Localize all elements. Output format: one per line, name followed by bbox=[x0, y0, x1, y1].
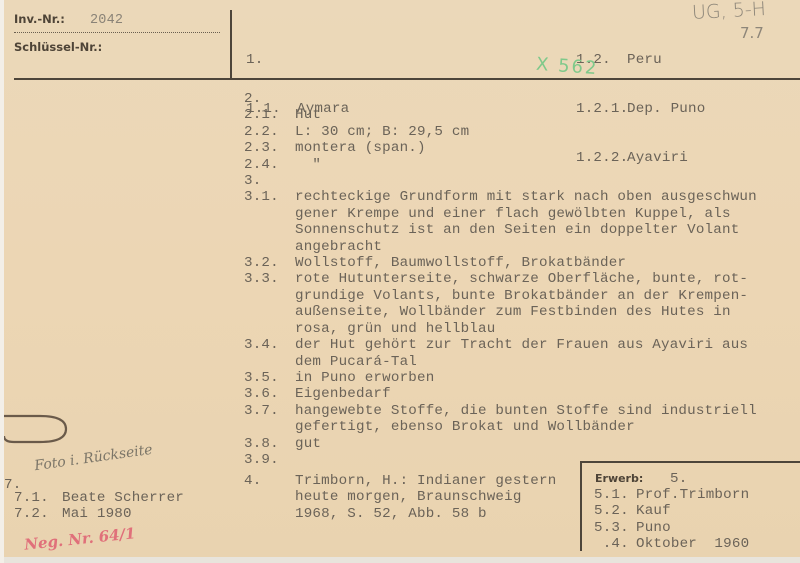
text-row: heute morgen, Braunschweig bbox=[244, 489, 556, 505]
row-number: 5.1. bbox=[594, 487, 636, 503]
row-number: 5.3. bbox=[594, 520, 636, 536]
text-row: 7.2.Mai 1980 bbox=[14, 506, 184, 522]
row-text: in Puno erworben bbox=[295, 370, 434, 386]
row-text: Wollstoff, Baumwollstoff, Brokatbänder bbox=[295, 255, 626, 271]
text-row: 2.1.Hut bbox=[244, 107, 757, 123]
acquisition-block: 5.1.Prof.Trimborn5.2.Kauf5.3.Puno .4.Okt… bbox=[594, 487, 749, 553]
row-text: der Hut gehört zur Tracht der Frauen aus… bbox=[295, 337, 748, 353]
text-row: 3.6.Eigenbedarf bbox=[244, 386, 757, 402]
text-row: 2.3.montera (span.) bbox=[244, 140, 757, 156]
text-row: außenseite, Wollbänder zum Festbinden de… bbox=[244, 304, 757, 320]
row-text: gener Krempe und einer flach gewölbten K… bbox=[295, 206, 731, 222]
row-text: Oktober 1960 bbox=[636, 536, 749, 552]
row-text: Sonnenschutz ist an den Seiten ein doppe… bbox=[295, 222, 739, 238]
row-text: hangewebte Stoffe, die bunten Stoffe sin… bbox=[295, 403, 757, 419]
text-row: 4.Trimborn, H.: Indianer gestern bbox=[244, 473, 556, 489]
description-block: 2.2.1.Hut2.2.L: 30 cm; B: 29,5 cm2.3.mon… bbox=[244, 91, 757, 468]
row-number: 3.7. bbox=[244, 403, 295, 419]
row-number: 2.4. bbox=[244, 157, 295, 173]
paper-clip-icon bbox=[0, 412, 72, 448]
text-row: 5.2.Kauf bbox=[594, 503, 749, 519]
text-row: 2.4. " bbox=[244, 157, 757, 173]
row-text: Eigenbedarf bbox=[295, 386, 391, 402]
text-row: dem Pucará-Tal bbox=[244, 354, 757, 370]
header-left-row: 1. bbox=[246, 52, 349, 68]
row-number: 5.2. bbox=[594, 503, 636, 519]
text-row: 3. bbox=[244, 173, 757, 189]
row-number: 3.8. bbox=[244, 436, 295, 452]
row-number: 3.1. bbox=[244, 189, 295, 205]
row-number: 7.1. bbox=[14, 490, 62, 506]
row-text: montera (span.) bbox=[295, 140, 426, 156]
row-text: gut bbox=[295, 436, 321, 452]
row-number: 3.6. bbox=[244, 386, 295, 402]
row-text: L: 30 cm; B: 29,5 cm bbox=[295, 124, 469, 140]
row-text: dem Pucará-Tal bbox=[295, 354, 417, 370]
row-number: 3.4. bbox=[244, 337, 295, 353]
text-row: 3.2.Wollstoff, Baumwollstoff, Brokatbänd… bbox=[244, 255, 757, 271]
catalog-card: Inv.-Nr.: 2042 Schlüssel-Nr.: 1. 1.1.Aym… bbox=[0, 0, 800, 557]
inventory-number-label: Inv.-Nr.: bbox=[14, 12, 65, 26]
row-number: 3.9. bbox=[244, 452, 295, 468]
acquisition-box-left bbox=[580, 461, 582, 551]
acquisition-label: Erwerb: bbox=[595, 472, 643, 485]
row-text: Puno bbox=[636, 520, 671, 536]
header-divider bbox=[230, 10, 232, 80]
text-row: gefertigt, ebenso Brokat und Wollbänder bbox=[244, 419, 757, 435]
text-row: 3.7.hangewebte Stoffe, die bunten Stoffe… bbox=[244, 403, 757, 419]
text-row: rosa, grün und hellblau bbox=[244, 321, 757, 337]
text-row: .4.Oktober 1960 bbox=[594, 536, 749, 552]
scan-background-strip bbox=[0, 557, 800, 563]
row-number: 3.3. bbox=[244, 271, 295, 287]
row-text: Hut bbox=[295, 107, 321, 123]
row-text: 1968, S. 52, Abb. 58 b bbox=[295, 506, 487, 522]
text-row: 1968, S. 52, Abb. 58 b bbox=[244, 506, 556, 522]
row-number: .4. bbox=[594, 536, 636, 552]
acquisition-head: 5. bbox=[670, 471, 687, 487]
text-row: 2.2.L: 30 cm; B: 29,5 cm bbox=[244, 124, 757, 140]
text-row: 5.3.Puno bbox=[594, 520, 749, 536]
handwritten-location-code: UG, 5-H bbox=[691, 0, 766, 24]
literature-block: 4.Trimborn, H.: Indianer gesternheute mo… bbox=[244, 473, 556, 522]
row-text: Prof.Trimborn bbox=[636, 487, 749, 503]
text-row: Sonnenschutz ist an den Seiten ein doppe… bbox=[244, 222, 757, 238]
row-number: 2.2. bbox=[244, 124, 295, 140]
row-number: 3.5. bbox=[244, 370, 295, 386]
row-text: angebracht bbox=[295, 239, 382, 255]
scan-left-edge bbox=[0, 0, 4, 563]
row-text: rote Hutunterseite, schwarze Oberfläche,… bbox=[295, 271, 748, 287]
inventory-dotted-line bbox=[14, 32, 220, 33]
row-text: Trimborn, H.: Indianer gestern bbox=[295, 473, 556, 489]
green-pencil-mark: X 562 bbox=[535, 54, 599, 79]
key-number-label: Schlüssel-Nr.: bbox=[14, 40, 102, 54]
text-row: 3.5.in Puno erworben bbox=[244, 370, 757, 386]
row-number: 2.3. bbox=[244, 140, 295, 156]
row-text: Kauf bbox=[636, 503, 671, 519]
text-row: grundige Volants, bunte Brokatbänder an … bbox=[244, 288, 757, 304]
recorder-block: 7.1.Beate Scherrer7.2.Mai 1980 bbox=[14, 490, 184, 523]
row-number: 7.2. bbox=[14, 506, 62, 522]
handwritten-negative-number: Neg. Nr. 64/1 bbox=[23, 524, 136, 554]
row-text: gefertigt, ebenso Brokat und Wollbänder bbox=[295, 419, 635, 435]
row-text: " bbox=[295, 157, 321, 173]
text-row: 5.1.Prof.Trimborn bbox=[594, 487, 749, 503]
text-row: 7.1.Beate Scherrer bbox=[14, 490, 184, 506]
text-row: 2. bbox=[244, 91, 757, 107]
text-row: gener Krempe und einer flach gewölbten K… bbox=[244, 206, 757, 222]
row-text: rosa, grün und hellblau bbox=[295, 321, 495, 337]
text-row: angebracht bbox=[244, 239, 757, 255]
handwritten-shelf-code: 7.7 bbox=[740, 24, 764, 42]
row-text: außenseite, Wollbänder zum Festbinden de… bbox=[295, 304, 731, 320]
row-text: grundige Volants, bunte Brokatbänder an … bbox=[295, 288, 748, 304]
row-text: Mai 1980 bbox=[62, 506, 132, 522]
text-row: 3.4.der Hut gehört zur Tracht der Frauen… bbox=[244, 337, 757, 353]
row-text: heute morgen, Braunschweig bbox=[295, 489, 522, 505]
row-number: 4. bbox=[244, 473, 295, 489]
row-number: 2.1. bbox=[244, 107, 295, 123]
row-number: 3.2. bbox=[244, 255, 295, 271]
text-row: 3.1.rechteckige Grundform mit stark nach… bbox=[244, 189, 757, 205]
text-row: 3.8.gut bbox=[244, 436, 757, 452]
row-text: Beate Scherrer bbox=[62, 490, 184, 506]
row-number: 2. bbox=[244, 91, 295, 107]
inventory-number-value: 2042 bbox=[90, 13, 123, 29]
row-text: rechteckige Grundform mit stark nach obe… bbox=[295, 189, 757, 205]
acquisition-box-top bbox=[580, 461, 800, 463]
text-row: 3.3.rote Hutunterseite, schwarze Oberflä… bbox=[244, 271, 757, 287]
row-number: 3. bbox=[244, 173, 295, 189]
